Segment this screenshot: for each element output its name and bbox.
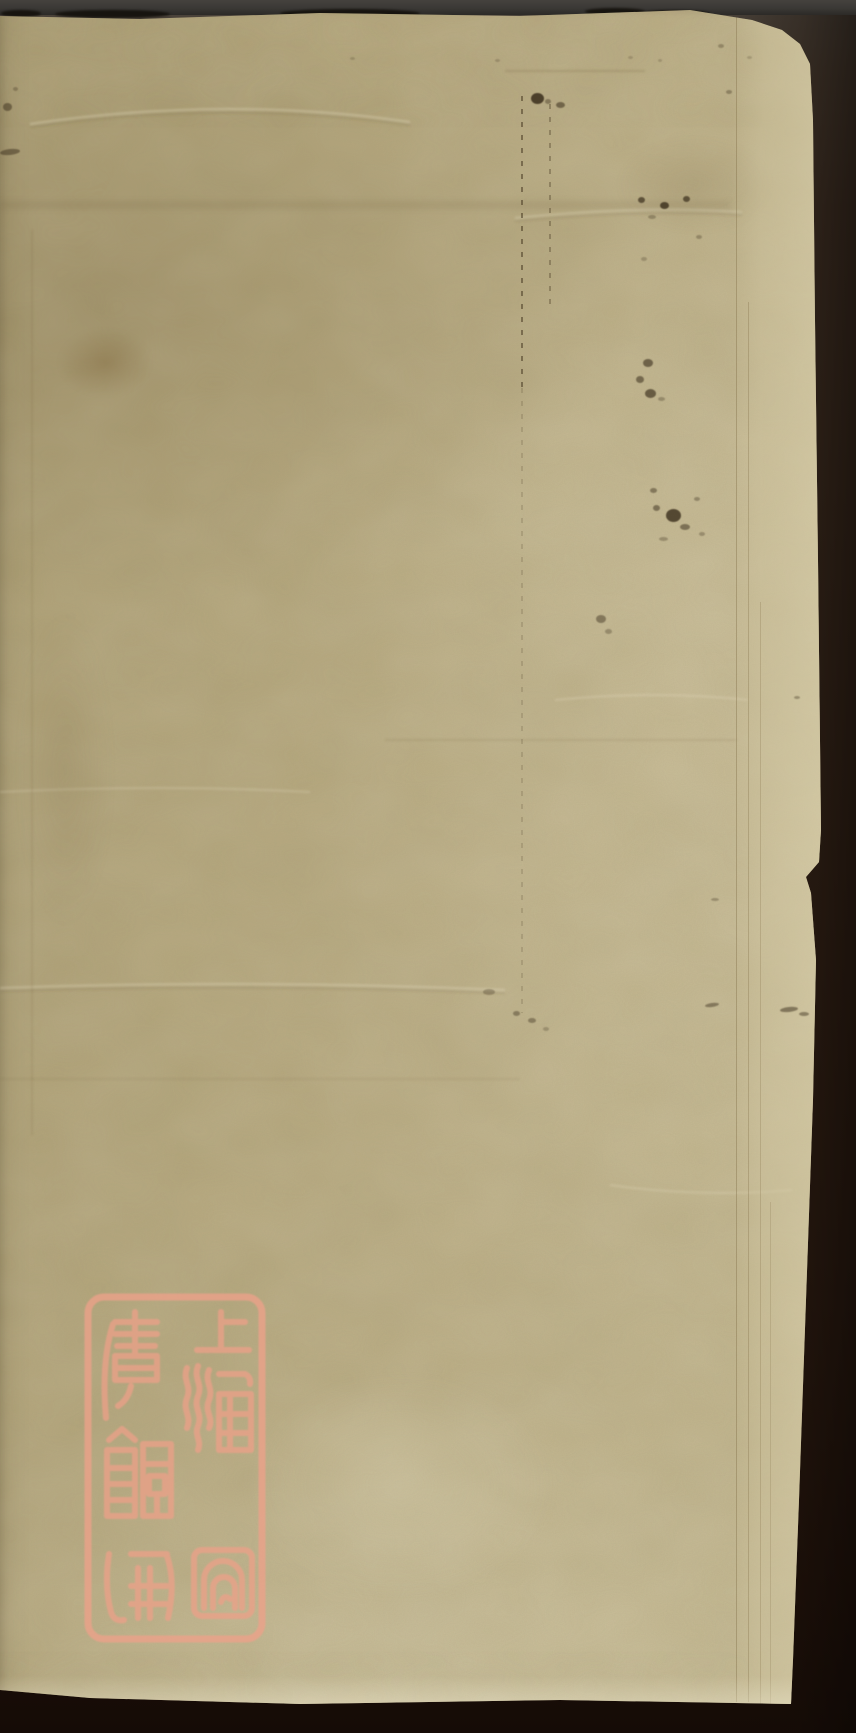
ink-mark xyxy=(747,56,752,59)
ink-mark xyxy=(711,898,719,901)
seal-right-column xyxy=(186,1312,252,1616)
ink-mark xyxy=(641,257,647,261)
top-band-blob xyxy=(1,10,41,17)
scanned-book-page xyxy=(0,0,856,1733)
ink-mark xyxy=(528,1018,536,1023)
top-band-blob xyxy=(55,10,170,18)
ink-mark xyxy=(0,148,20,156)
ink-mark xyxy=(658,59,662,62)
ink-mark xyxy=(694,497,700,501)
ink-mark xyxy=(794,696,800,699)
ink-mark xyxy=(653,505,660,511)
ink-mark xyxy=(659,537,668,541)
ink-mark xyxy=(13,87,18,91)
ink-mark xyxy=(666,509,681,522)
ink-mark xyxy=(483,989,495,995)
ink-mark xyxy=(545,99,551,104)
ink-mark xyxy=(628,56,633,59)
book-spine-top-band xyxy=(0,0,856,15)
ink-mark xyxy=(596,615,606,623)
library-seal xyxy=(83,1292,267,1644)
ink-mark xyxy=(3,103,12,111)
book-page-paper xyxy=(0,0,856,1733)
ink-mark xyxy=(705,1002,719,1008)
ink-mark xyxy=(699,532,705,536)
ink-mark xyxy=(531,93,544,104)
ink-mark xyxy=(638,197,645,203)
ink-mark xyxy=(696,235,702,239)
ink-mark xyxy=(513,1011,520,1016)
ink-mark xyxy=(660,202,669,209)
ink-mark xyxy=(780,1006,798,1013)
ink-mark xyxy=(658,397,665,401)
ink-mark xyxy=(650,488,657,493)
ink-mark xyxy=(648,215,656,219)
ink-mark xyxy=(718,44,724,48)
ink-mark xyxy=(543,1027,549,1031)
seal-left-column xyxy=(105,1312,172,1620)
ink-mark xyxy=(645,389,656,398)
ink-mark xyxy=(680,524,690,530)
ink-mark xyxy=(636,376,644,383)
ink-mark xyxy=(556,102,565,108)
ink-mark xyxy=(799,1012,809,1016)
ink-mark xyxy=(350,57,355,60)
ink-mark xyxy=(683,196,690,202)
ink-mark xyxy=(495,59,500,62)
ink-mark xyxy=(643,359,653,367)
ink-mark xyxy=(726,90,732,94)
ink-mark xyxy=(605,629,612,634)
